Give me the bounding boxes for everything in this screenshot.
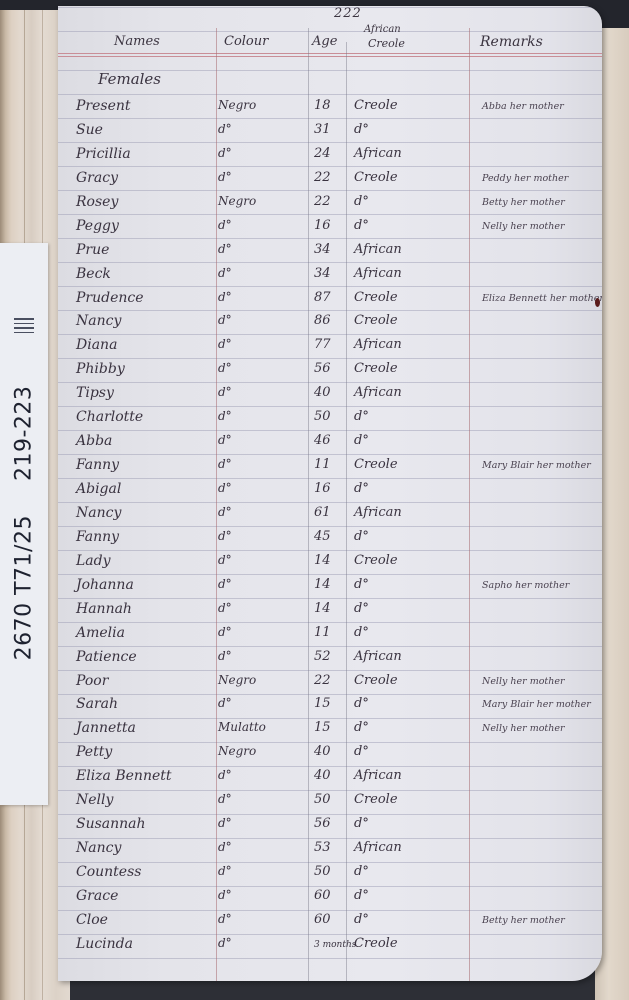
header-age: Age xyxy=(312,34,337,49)
name: Prudence xyxy=(76,290,144,306)
colour: d° xyxy=(218,649,232,663)
origin: d° xyxy=(354,864,369,879)
remark: Mary Blair her mother xyxy=(482,699,591,710)
header-creole: Creole xyxy=(368,37,405,50)
colour: d° xyxy=(218,457,232,471)
name: Cloe xyxy=(76,912,108,928)
header-african: African xyxy=(364,24,401,35)
age: 50 xyxy=(314,792,331,807)
tally-marks xyxy=(14,318,36,336)
age: 56 xyxy=(314,816,331,831)
colour: d° xyxy=(218,696,232,710)
colour: d° xyxy=(218,816,232,830)
colour: d° xyxy=(218,170,232,184)
remark: Mary Blair her mother xyxy=(482,460,591,471)
colour: d° xyxy=(218,385,232,399)
age: 34 xyxy=(314,242,331,257)
archive-reference-label: 2670 T71/25219-223 xyxy=(0,243,48,805)
origin: d° xyxy=(354,744,369,759)
origin: Creole xyxy=(354,673,398,688)
name: Susannah xyxy=(76,816,146,832)
colour: d° xyxy=(218,625,232,639)
name: Rosey xyxy=(76,194,118,210)
origin: Creole xyxy=(354,792,398,807)
age: 50 xyxy=(314,409,331,424)
origin: d° xyxy=(354,625,369,640)
colour: d° xyxy=(218,433,232,447)
origin: African xyxy=(354,146,402,161)
age: 14 xyxy=(314,553,331,568)
header-colour: Colour xyxy=(224,34,268,49)
age: 52 xyxy=(314,649,331,664)
origin: d° xyxy=(354,912,369,927)
remark: Abba her mother xyxy=(482,101,564,112)
name: Sue xyxy=(76,122,103,138)
origin: African xyxy=(354,505,402,520)
origin: Creole xyxy=(354,553,398,568)
origin: d° xyxy=(354,696,369,711)
ledger-row: Tipsyd°40African xyxy=(58,382,602,406)
colour: d° xyxy=(218,266,232,280)
ledger-row: Johannad°14d°Sapho her mother xyxy=(58,574,602,598)
ledger-photograph: 222 Names Colour Age African Creole Rema… xyxy=(0,0,629,1000)
name: Lucinda xyxy=(76,936,133,952)
colour: d° xyxy=(218,768,232,782)
name: Abba xyxy=(76,433,112,449)
colour: d° xyxy=(218,122,232,136)
age: 22 xyxy=(314,170,331,185)
age: 22 xyxy=(314,194,331,209)
colour: Mulatto xyxy=(218,720,266,734)
colour: Negro xyxy=(218,194,256,208)
origin: d° xyxy=(354,194,369,209)
ledger-row: Nancyd°86Creole xyxy=(58,310,602,334)
origin: Creole xyxy=(354,290,398,305)
ink-stain xyxy=(595,298,600,307)
colour: d° xyxy=(218,864,232,878)
name: Phibby xyxy=(76,361,125,377)
name: Beck xyxy=(76,266,111,282)
age: 31 xyxy=(314,122,331,137)
remark: Sapho her mother xyxy=(482,580,569,591)
name: Amelia xyxy=(76,625,125,641)
origin: African xyxy=(354,266,402,281)
ledger-row: Dianad°77African xyxy=(58,334,602,358)
name: Charlotte xyxy=(76,409,143,425)
age: 86 xyxy=(314,313,331,328)
age: 40 xyxy=(314,385,331,400)
name: Grace xyxy=(76,888,118,904)
age: 46 xyxy=(314,433,331,448)
age: 16 xyxy=(314,218,331,233)
name: Prue xyxy=(76,242,109,258)
age: 11 xyxy=(314,457,331,472)
age: 14 xyxy=(314,601,331,616)
section-title: Females xyxy=(98,70,161,88)
name: Abigal xyxy=(76,481,121,497)
name: Eliza Bennett xyxy=(76,768,172,784)
header-names: Names xyxy=(114,34,160,49)
ledger-row: Peggyd°16d°Nelly her mother xyxy=(58,215,602,239)
ledger-row: Phibbyd°56Creole xyxy=(58,358,602,382)
page-number: 222 xyxy=(334,6,362,21)
age: 24 xyxy=(314,146,331,161)
ledger-row: Fannyd°11CreoleMary Blair her mother xyxy=(58,454,602,478)
colour: d° xyxy=(218,242,232,256)
colour: d° xyxy=(218,912,232,926)
ledger-row: Sued°31d° xyxy=(58,119,602,143)
name: Nancy xyxy=(76,313,121,329)
origin: d° xyxy=(354,218,369,233)
origin: Creole xyxy=(354,313,398,328)
name: Nelly xyxy=(76,792,113,808)
colour: Negro xyxy=(218,744,256,758)
name: Tipsy xyxy=(76,385,114,401)
colour: d° xyxy=(218,888,232,902)
age: 45 xyxy=(314,529,331,544)
name: Gracy xyxy=(76,170,118,186)
remark: Nelly her mother xyxy=(482,676,565,687)
origin: d° xyxy=(354,601,369,616)
name: Petty xyxy=(76,744,112,760)
colour: d° xyxy=(218,577,232,591)
origin: d° xyxy=(354,577,369,592)
header-rule-top xyxy=(58,53,602,54)
age: 11 xyxy=(314,625,331,640)
ledger-row: Ameliad°11d° xyxy=(58,622,602,646)
colour: d° xyxy=(218,361,232,375)
origin: Creole xyxy=(354,98,398,113)
ledger-row: Nancyd°61African xyxy=(58,502,602,526)
name: Diana xyxy=(76,337,117,353)
colour: d° xyxy=(218,505,232,519)
age: 14 xyxy=(314,577,331,592)
ledger-row: Lucindad°3 monthsCreole xyxy=(58,933,602,957)
ledger-row: Eliza Bennettd°40African xyxy=(58,765,602,789)
age: 3 months xyxy=(314,940,356,950)
origin: Creole xyxy=(354,457,398,472)
colour: d° xyxy=(218,529,232,543)
age: 22 xyxy=(314,673,331,688)
remark: Betty her mother xyxy=(482,915,565,926)
origin: d° xyxy=(354,481,369,496)
ledger-row: JannettaMulatto15d°Nelly her mother xyxy=(58,717,602,741)
name: Patience xyxy=(76,649,137,665)
age: 53 xyxy=(314,840,331,855)
name: Fanny xyxy=(76,457,119,473)
age: 87 xyxy=(314,290,331,305)
colour: d° xyxy=(218,146,232,160)
name: Jannetta xyxy=(76,720,136,736)
age: 60 xyxy=(314,888,331,903)
colour: d° xyxy=(218,481,232,495)
age: 77 xyxy=(314,337,331,352)
name: Pricillia xyxy=(76,146,131,162)
name: Lady xyxy=(76,553,111,569)
ledger-row: Fannyd°45d° xyxy=(58,526,602,550)
origin: d° xyxy=(354,122,369,137)
origin: African xyxy=(354,649,402,664)
ledger-row: Patienced°52African xyxy=(58,646,602,670)
ledger-row: Beckd°34African xyxy=(58,263,602,287)
age: 34 xyxy=(314,266,331,281)
age: 16 xyxy=(314,481,331,496)
age: 15 xyxy=(314,696,331,711)
colour: Negro xyxy=(218,98,256,112)
archive-reference-text: 2670 T71/25219-223 xyxy=(12,386,37,661)
header-rule-bottom xyxy=(58,56,602,57)
name: Present xyxy=(76,98,131,114)
remark: Nelly her mother xyxy=(482,221,565,232)
name: Peggy xyxy=(76,218,119,234)
archive-page-range: 219-223 xyxy=(12,386,37,481)
name: Sarah xyxy=(76,696,118,712)
ledger-row: Cloed°60d°Betty her mother xyxy=(58,909,602,933)
ledger-row: PettyNegro40d° xyxy=(58,741,602,765)
age: 40 xyxy=(314,744,331,759)
origin: d° xyxy=(354,529,369,544)
origin: d° xyxy=(354,816,369,831)
ledger-row: PresentNegro18CreoleAbba her mother xyxy=(58,95,602,119)
ledger-row: Gracyd°22CreolePeddy her mother xyxy=(58,167,602,191)
origin: Creole xyxy=(354,170,398,185)
colour: d° xyxy=(218,792,232,806)
name: Poor xyxy=(76,673,108,689)
age: 56 xyxy=(314,361,331,376)
ledger-row: Susannahd°56d° xyxy=(58,813,602,837)
name: Countess xyxy=(76,864,141,880)
age: 18 xyxy=(314,98,331,113)
colour: d° xyxy=(218,409,232,423)
remark: Nelly her mother xyxy=(482,723,565,734)
name: Johanna xyxy=(76,577,134,593)
origin: African xyxy=(354,840,402,855)
origin: Creole xyxy=(354,936,398,951)
ledger-row: Prudenced°87CreoleEliza Bennett her moth… xyxy=(58,287,602,311)
colour: d° xyxy=(218,218,232,232)
header-remarks: Remarks xyxy=(480,34,543,50)
ledger-rows: PresentNegro18CreoleAbba her mother Sued… xyxy=(58,95,602,957)
colour: d° xyxy=(218,313,232,327)
remark: Eliza Bennett her mother xyxy=(482,293,602,304)
origin: African xyxy=(354,337,402,352)
origin: d° xyxy=(354,433,369,448)
origin: African xyxy=(354,768,402,783)
remark: Betty her mother xyxy=(482,197,565,208)
ledger-row: Abigald°16d° xyxy=(58,478,602,502)
origin: d° xyxy=(354,409,369,424)
age: 61 xyxy=(314,505,331,520)
colour: Negro xyxy=(218,673,256,687)
ledger-row: Pricilliad°24African xyxy=(58,143,602,167)
origin: d° xyxy=(354,888,369,903)
ledger-row: Ladyd°14Creole xyxy=(58,550,602,574)
origin: African xyxy=(354,385,402,400)
ledger-row: Graced°60d° xyxy=(58,885,602,909)
origin: African xyxy=(354,242,402,257)
archive-reference: 2670 T71/25 xyxy=(12,515,37,660)
age: 60 xyxy=(314,912,331,927)
ledger-row: Abbad°46d° xyxy=(58,430,602,454)
ledger-row: Charlotted°50d° xyxy=(58,406,602,430)
colour: d° xyxy=(218,553,232,567)
age: 15 xyxy=(314,720,331,735)
ledger-row: Nancyd°53African xyxy=(58,837,602,861)
ledger-row: Countessd°50d° xyxy=(58,861,602,885)
remark: Peddy her mother xyxy=(482,173,568,184)
ledger-row: Prued°34African xyxy=(58,239,602,263)
colour: d° xyxy=(218,601,232,615)
ledger-row: Hannahd°14d° xyxy=(58,598,602,622)
ledger-row: Sarahd°15d°Mary Blair her mother xyxy=(58,693,602,717)
age: 50 xyxy=(314,864,331,879)
colour: d° xyxy=(218,290,232,304)
ledger-row: RoseyNegro22d°Betty her mother xyxy=(58,191,602,215)
origin: Creole xyxy=(354,361,398,376)
name: Hannah xyxy=(76,601,132,617)
colour: d° xyxy=(218,840,232,854)
colour: d° xyxy=(218,936,232,950)
colour: d° xyxy=(218,337,232,351)
ledger-row: PoorNegro22CreoleNelly her mother xyxy=(58,670,602,694)
name: Nancy xyxy=(76,840,121,856)
name: Fanny xyxy=(76,529,119,545)
ledger-page: 222 Names Colour Age African Creole Rema… xyxy=(58,6,602,981)
age: 40 xyxy=(314,768,331,783)
name: Nancy xyxy=(76,505,121,521)
origin: d° xyxy=(354,720,369,735)
ledger-row: Nellyd°50Creole xyxy=(58,789,602,813)
